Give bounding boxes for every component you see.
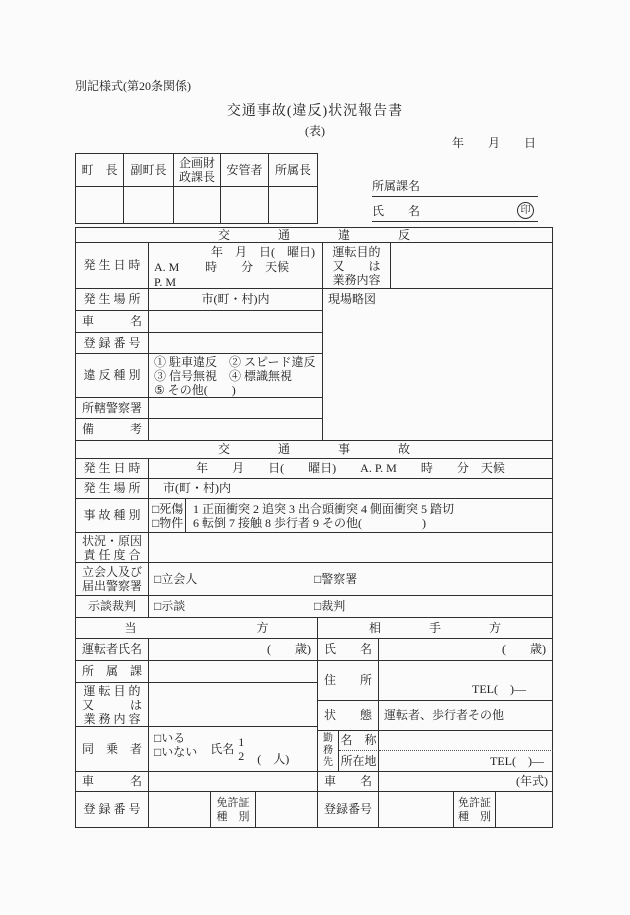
- police-station-checkbox: □警察署: [314, 572, 357, 587]
- other-license-type-label: 免許証 種 別: [454, 792, 496, 828]
- own-purpose-field: [149, 683, 318, 727]
- other-address-field: TEL( )—: [379, 661, 553, 701]
- department-name-label: 所属課名: [372, 179, 420, 194]
- violation-vehicle-label: 車 名: [76, 311, 149, 333]
- own-party-header: 当 方: [76, 618, 318, 639]
- other-vehicle-label: 車 名: [318, 772, 379, 792]
- accident-type-options: 1 正面衝突 2 追突 3 出合頭衝突 4 側面衝突 5 踏切 6 転倒 7 接…: [186, 499, 553, 533]
- main-report-table: 交 通 違 反 発 生 日 時 年 月 日( 曜日) A. M 時 分 天候 P…: [75, 227, 553, 828]
- violation-date-template: 年 月 日( 曜日): [154, 245, 315, 260]
- other-vehicle-field: (年式): [379, 772, 553, 792]
- violation-purpose-label: 運転目的 又 は 業務内容: [323, 243, 391, 289]
- passenger-number-list: 1 2: [238, 735, 244, 763]
- witness-checkbox: □立会人: [154, 572, 314, 587]
- workplace-name-label: 名 称: [339, 731, 379, 751]
- accident-section-header: 交 通 事 故: [76, 441, 553, 459]
- approval-col-section-chief: 所属長: [269, 154, 318, 187]
- own-registration-field: [149, 792, 211, 828]
- other-party-header: 相 手 方: [318, 618, 553, 639]
- passenger-count-suffix: ( 人): [257, 752, 289, 767]
- violation-am-label: A. M: [154, 260, 179, 275]
- own-license-type-label: 免許証 種 別: [211, 792, 256, 828]
- violation-section-header: 交 通 違 反: [76, 228, 553, 243]
- violation-datetime-field: 年 月 日( 曜日) A. M 時 分 天候 P. M: [149, 243, 323, 289]
- own-vehicle-field: [149, 772, 318, 792]
- accident-situation-field: [149, 533, 553, 563]
- accident-type-label: 事 故 種 別: [76, 499, 149, 533]
- approval-stamp-space: [221, 187, 269, 224]
- other-registration-field: [379, 792, 454, 828]
- form-style-note: 別記様式(第20条関係): [75, 79, 191, 94]
- violation-registration-field: [149, 333, 323, 354]
- own-registration-label: 登 録 番 号: [76, 792, 149, 828]
- passenger-label: 同 乗 者: [76, 727, 149, 772]
- witness-police-field: □立会人 □警察署: [149, 563, 553, 596]
- own-department-label: 所 属 課: [76, 661, 149, 683]
- driver-name-field: ( 歳): [149, 639, 318, 661]
- violation-datetime-label: 発 生 日 時: [76, 243, 149, 289]
- violation-pm-label: P. M: [154, 275, 315, 289]
- other-license-type-field: [496, 792, 553, 828]
- accident-situation-label: 状況・原因 責 任 度 合: [76, 533, 149, 563]
- reporter-name-label: 氏 名: [372, 204, 420, 219]
- passenger-name-label: 氏名: [210, 742, 234, 757]
- scene-sketch-area: 現場略図: [323, 289, 553, 441]
- other-name-label: 氏 名: [318, 639, 379, 661]
- violation-purpose-field: [391, 243, 553, 289]
- own-vehicle-label: 車 名: [76, 772, 149, 792]
- violation-police-label: 所轄警察署: [76, 398, 149, 419]
- settlement-field: □示談 □裁判: [149, 596, 553, 618]
- workplace-label: 勤 務 先: [318, 731, 339, 772]
- reporter-name-field: 氏 名 印: [372, 204, 538, 222]
- approval-stamp-space: [124, 187, 174, 224]
- approval-stamp-space: [76, 187, 124, 224]
- settlement-checkbox: □示談: [154, 599, 314, 614]
- witness-police-label: 立会人及び 届出警察署: [76, 563, 149, 596]
- violation-location-label: 発 生 場 所: [76, 289, 149, 311]
- workplace-address-field: TEL( )—: [379, 751, 553, 772]
- seal-mark-icon: 印: [517, 202, 534, 219]
- approval-stamp-space: [174, 187, 221, 224]
- accident-location-field: 市(町・村)内: [149, 479, 553, 499]
- settlement-label: 示談裁判: [76, 596, 149, 618]
- violation-type-label: 違 反 種 別: [76, 354, 149, 398]
- workplace-address-label: 所在地: [339, 751, 379, 772]
- workplace-tel: TEL( )—: [490, 754, 544, 769]
- accident-type-checkboxes: □死傷 □物件: [149, 499, 186, 533]
- trial-checkbox: □裁判: [314, 599, 345, 614]
- violation-location-field: 市(町・村)内: [149, 289, 323, 311]
- workplace-name-field: [379, 731, 553, 751]
- other-state-label: 状 態: [318, 701, 379, 731]
- violation-type-options: ① 駐車違反 ② スピード違反 ③ 信号無視 ④ 標識無視 ⑤ その他( ): [149, 354, 323, 398]
- approval-col-safety-manager: 安管者: [221, 154, 269, 187]
- other-name-field: ( 歳): [379, 639, 553, 661]
- approval-stamp-space: [269, 187, 318, 224]
- passenger-field: □いる □いない 氏名 1 2 ( 人): [149, 727, 318, 772]
- violation-police-field: [149, 398, 323, 419]
- violation-time-template: 時 分 天候: [179, 260, 315, 275]
- own-license-type-field: [256, 792, 318, 828]
- other-state-field: 運転者、歩行者その他: [379, 701, 553, 731]
- accident-location-label: 発 生 場 所: [76, 479, 149, 499]
- other-address-label: 住 所: [318, 661, 379, 701]
- approval-col-deputy-mayor: 副町長: [124, 154, 174, 187]
- department-name-field: 所属課名: [372, 179, 538, 197]
- own-department-field: [149, 661, 318, 683]
- accident-datetime-field: 年 月 日( 曜日) A. P. M 時 分 天候: [149, 459, 553, 479]
- violation-remarks-field: [149, 419, 323, 441]
- violation-remarks-label: 備 考: [76, 419, 149, 441]
- page-title: 交通事故(違反)状況報告書: [0, 100, 630, 120]
- approval-col-mayor: 町 長: [76, 154, 124, 187]
- approval-col-planning-finance: 企画財 政課長: [174, 154, 221, 187]
- own-purpose-label: 運 転 目 的 又 は 業 務 内 容: [76, 683, 149, 727]
- violation-vehicle-field: [149, 311, 323, 333]
- report-form-page: 別記様式(第20条関係) 交通事故(違反)状況報告書 (表) 年 月 日 町 長…: [0, 0, 630, 915]
- violation-registration-label: 登 録 番 号: [76, 333, 149, 354]
- passenger-checkboxes: □いる □いない: [154, 731, 197, 767]
- other-registration-label: 登録番号: [318, 792, 379, 828]
- accident-datetime-label: 発 生 日 時: [76, 459, 149, 479]
- approval-stamp-table: 町 長 副町長 企画財 政課長 安管者 所属長: [75, 153, 318, 224]
- report-date-line: 年 月 日: [436, 136, 536, 151]
- driver-name-label: 運転者氏名: [76, 639, 149, 661]
- other-address-tel: TEL( )—: [472, 682, 526, 697]
